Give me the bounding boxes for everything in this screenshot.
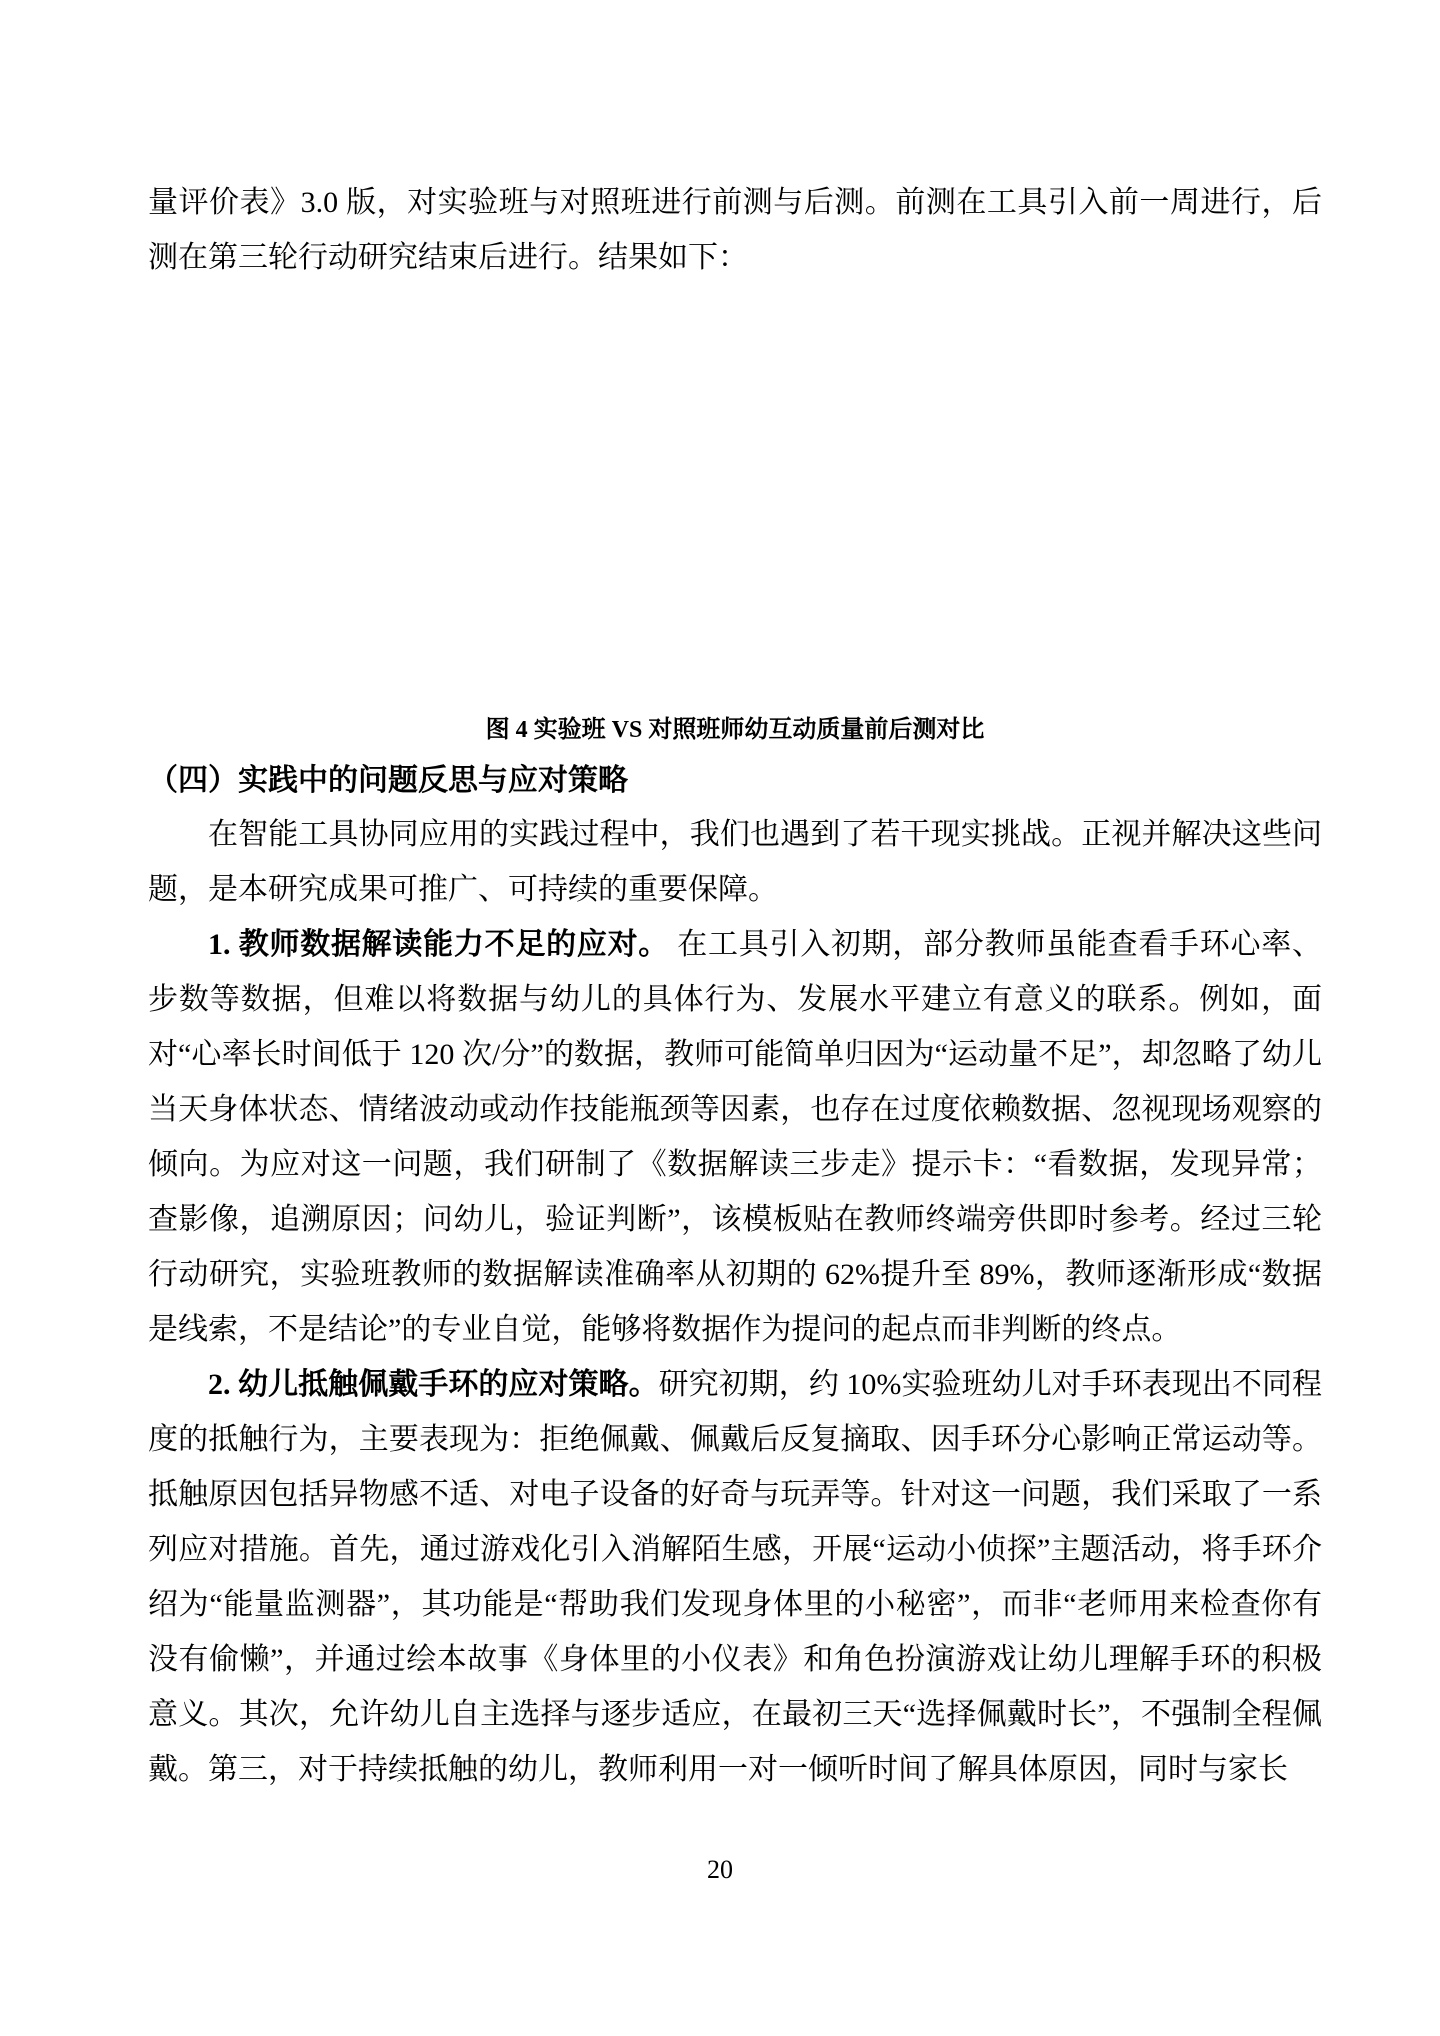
- figure-caption: 图 4 实验班 VS 对照班师幼互动质量前后测对比: [148, 705, 1322, 755]
- section-lead-paragraph: 在智能工具协同应用的实践过程中，我们也遇到了若干现实挑战。正视并解决这些问题，是…: [148, 807, 1322, 917]
- section-heading: （四）实践中的问题反思与应对策略: [148, 755, 1322, 807]
- numbered-item-1-body: 在工具引入初期，部分教师虽能查看手环心率、步数等数据，但难以将数据与幼儿的具体行…: [148, 928, 1322, 1346]
- numbered-item-2-title: 2. 幼儿抵触佩戴手环的应对策略。: [208, 1368, 659, 1401]
- figure-placeholder: [148, 285, 1322, 705]
- numbered-item-1-title: 1. 教师数据解读能力不足的应对。: [208, 928, 669, 961]
- intro-paragraph: 量评价表》3.0 版，对实验班与对照班进行前测与后测。前测在工具引入前一周进行，…: [148, 175, 1322, 285]
- numbered-item-2-body: 研究初期，约 10%实验班幼儿对手环表现出不同程度的抵触行为，主要表现为：拒绝佩…: [148, 1368, 1322, 1786]
- document-page: 量评价表》3.0 版，对实验班与对照班进行前测与后测。前测在工具引入前一周进行，…: [0, 0, 1440, 2036]
- page-number: 20: [0, 1855, 1440, 1885]
- numbered-item-1: 1. 教师数据解读能力不足的应对。 在工具引入初期，部分教师虽能查看手环心率、步…: [148, 917, 1322, 1357]
- numbered-item-2: 2. 幼儿抵触佩戴手环的应对策略。研究初期，约 10%实验班幼儿对手环表现出不同…: [148, 1357, 1322, 1797]
